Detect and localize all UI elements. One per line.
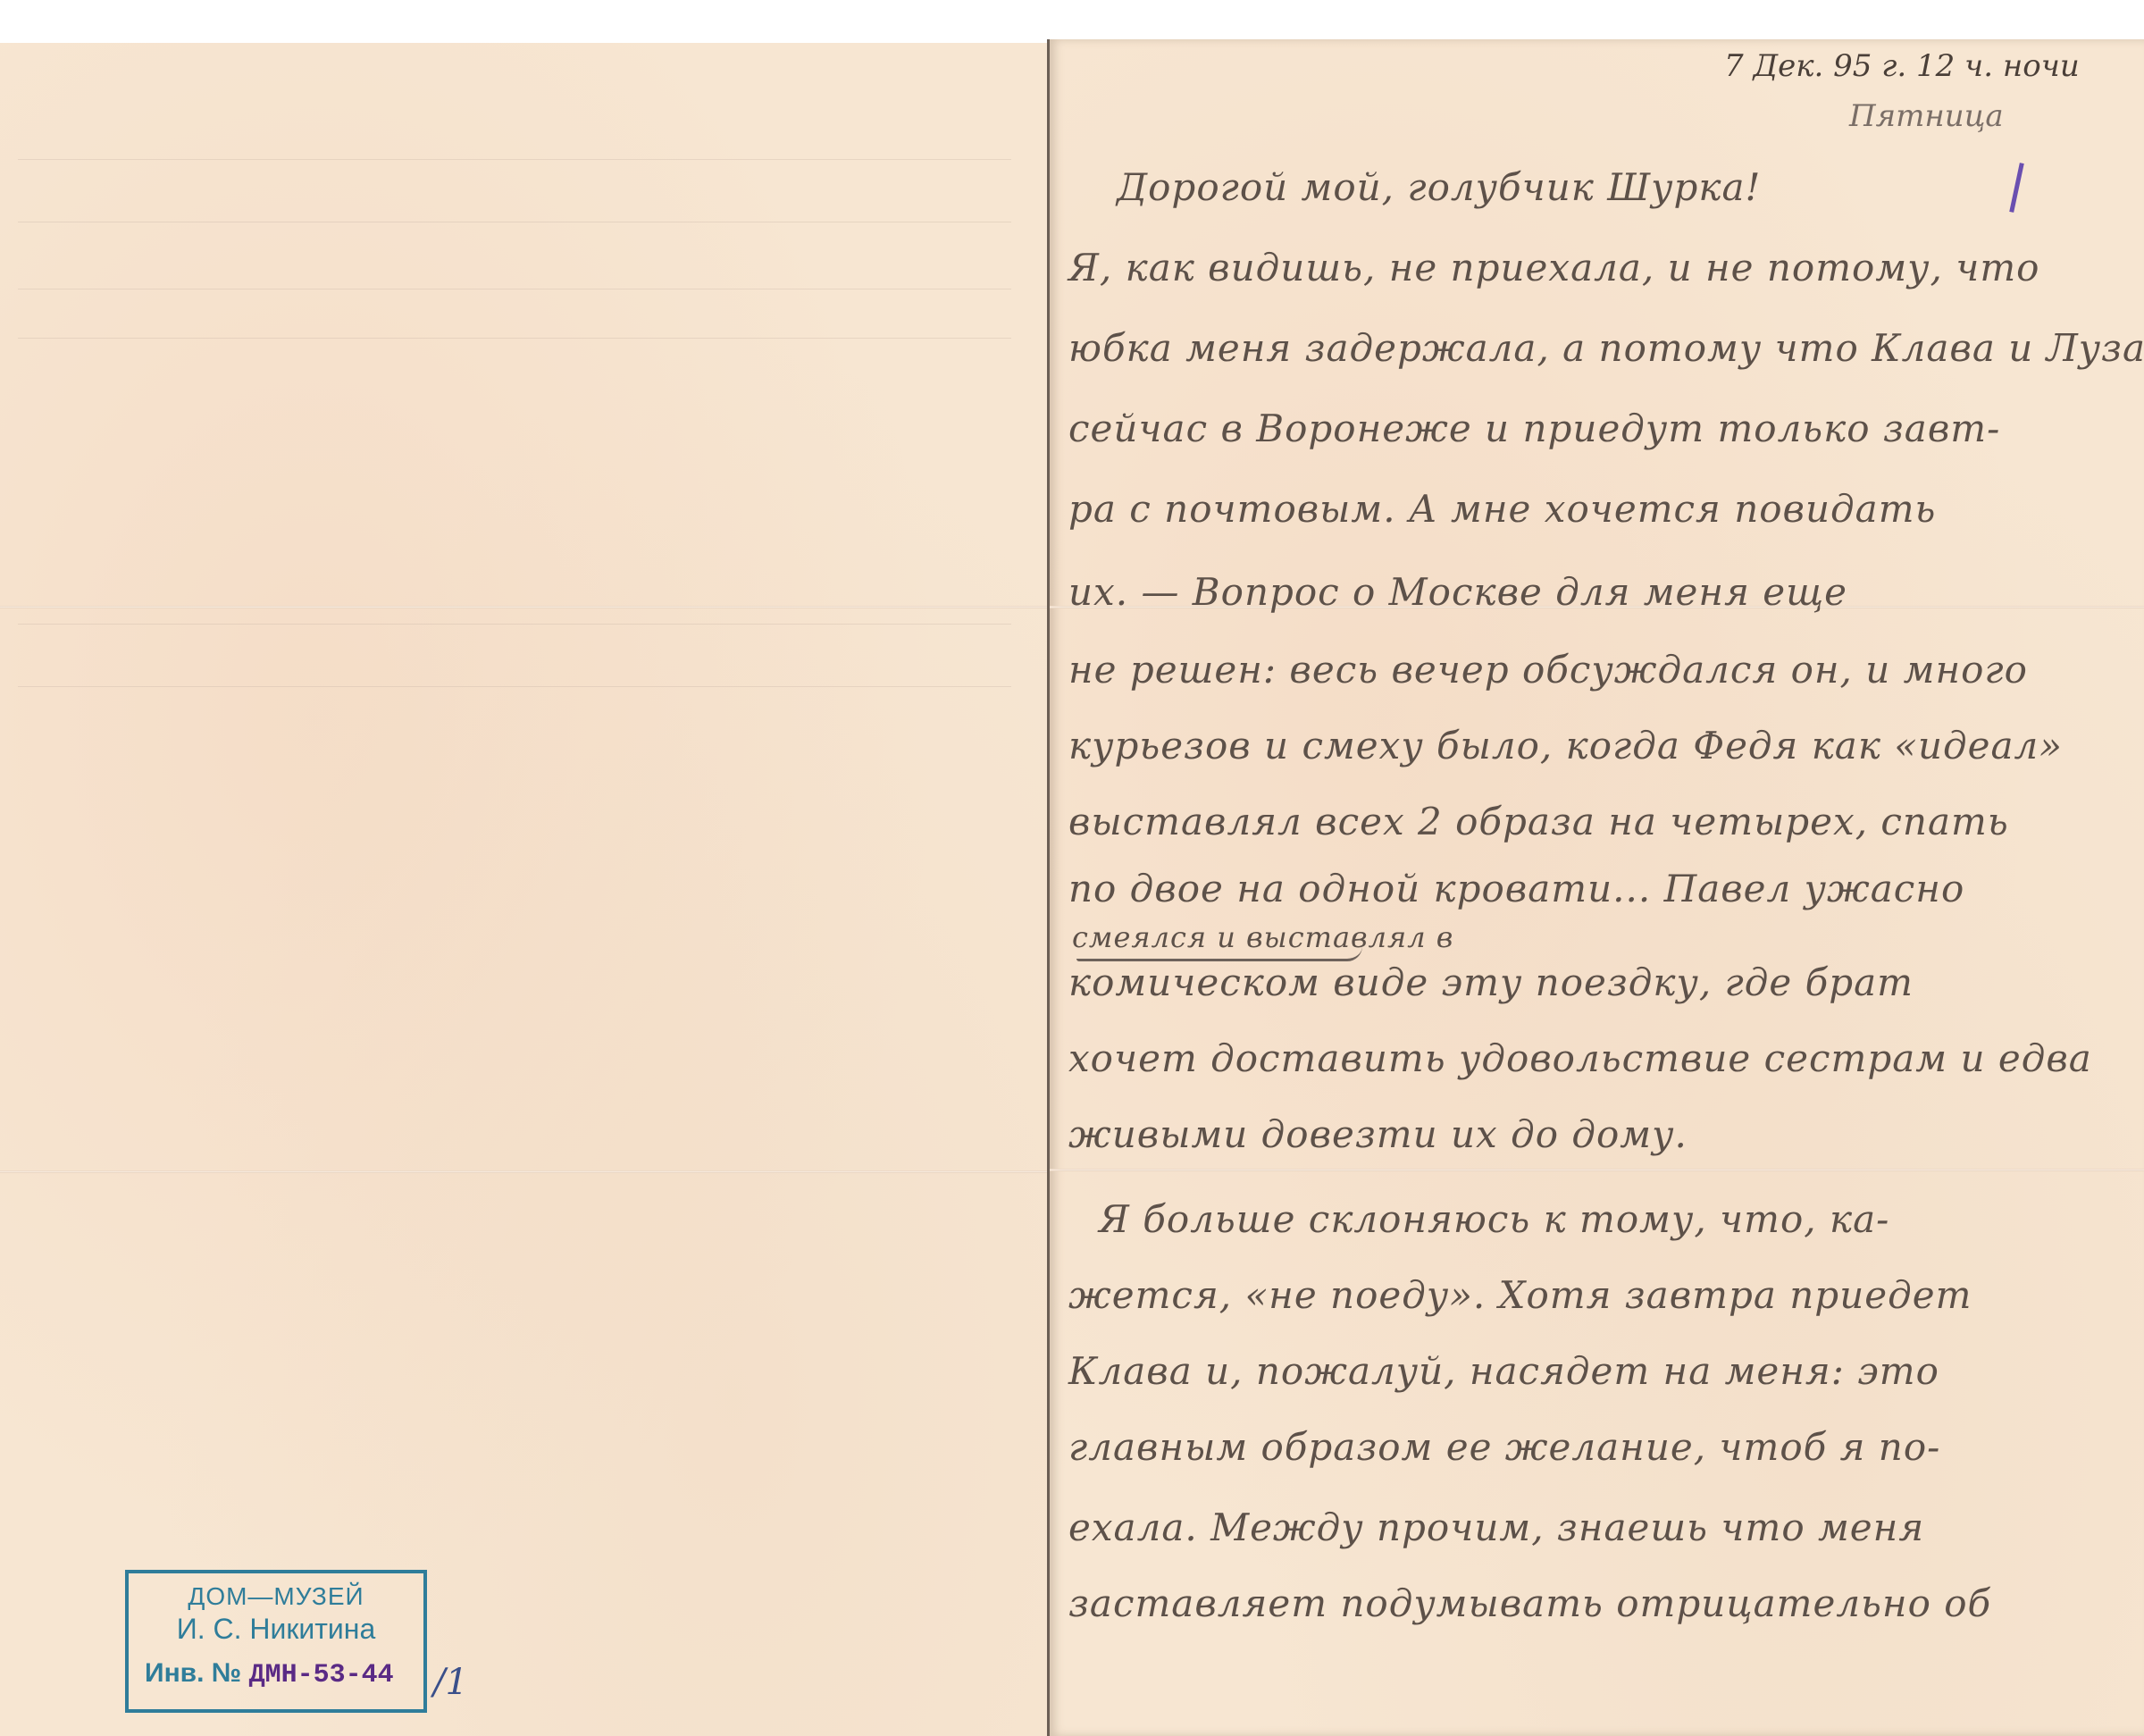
letter-weekday: Пятница <box>1849 98 2004 134</box>
letter-line: сейчас в Воронеже и приедут только завт- <box>1068 407 2000 450</box>
museum-stamp: ДОМ—МУЗЕЙ И. С. Никитина Инв. № ДМН-53-4… <box>125 1570 427 1713</box>
stamp-line-2: И. С. Никитина <box>129 1613 423 1646</box>
stamp-inv-label: Инв. № <box>145 1658 241 1688</box>
letter-line: Клава и, пожалуй, насядет на меня: это <box>1068 1349 1939 1393</box>
letter-line: ехала. Между прочим, знаешь что меня <box>1068 1505 1924 1549</box>
letter-line: юбка меня задержала, а потому что Клава … <box>1068 326 2144 370</box>
letter-line: хочет доставить удовольствие сестрам и е… <box>1068 1036 2092 1080</box>
paper-fold <box>1050 1169 2144 1171</box>
letter-line: ра с почтовым. А мне хочется повидать <box>1068 487 1936 531</box>
stamp-line-1: ДОМ—МУЗЕЙ <box>129 1582 423 1611</box>
letter-line: жется, «не поеду». Хотя завтра приедет <box>1068 1273 1972 1317</box>
salutation: Дорогой мой, голубчик Шурка! <box>1117 165 1761 209</box>
letter-date: 7 Дек. 95 г. 12 ч. ночи <box>1724 48 2080 84</box>
left-blank-sheet <box>0 43 1047 1736</box>
letter-line: курьезов и смеху было, когда Федя как «и… <box>1068 724 2063 767</box>
letter-line: по двое на одной кровати... Павел ужасно <box>1068 867 1964 910</box>
letter-line: заставляет подумывать отрицательно об <box>1068 1581 1991 1625</box>
letter-line: Я, как видишь, не приехала, и не потому,… <box>1068 246 2039 289</box>
faint-rule <box>18 289 1011 289</box>
stamp-inventory: Инв. № ДМН-53-44 <box>129 1658 423 1690</box>
paper-fold <box>0 1170 1047 1173</box>
letter-line: главным образом ее желание, чтоб я по- <box>1068 1425 1940 1469</box>
letter-line: выставлял всех 2 образа на четырех, спат… <box>1068 800 2009 843</box>
letter-line: комическом виде эту поездку, где брат <box>1068 960 1914 1004</box>
letter-line: Я больше склоняюсь к тому, что, ка- <box>1099 1197 1889 1241</box>
stamp-inv-number: ДМН-53-44 <box>249 1660 394 1690</box>
faint-rule <box>18 159 1011 160</box>
insertion-underline <box>1076 946 1362 961</box>
letter-line: живыми довезти их до дому. <box>1068 1112 1688 1156</box>
letter-line: их. — Вопрос о Москве для меня еще <box>1068 570 1847 614</box>
faint-rule <box>18 624 1011 625</box>
sheet-mark: /1 <box>433 1662 468 1703</box>
paper-fold <box>0 606 1047 608</box>
letter-line: не решен: весь вечер обсуждался он, и мн… <box>1068 648 2028 692</box>
faint-rule <box>18 686 1011 687</box>
faint-rule <box>18 222 1011 222</box>
faint-rule <box>18 338 1011 339</box>
